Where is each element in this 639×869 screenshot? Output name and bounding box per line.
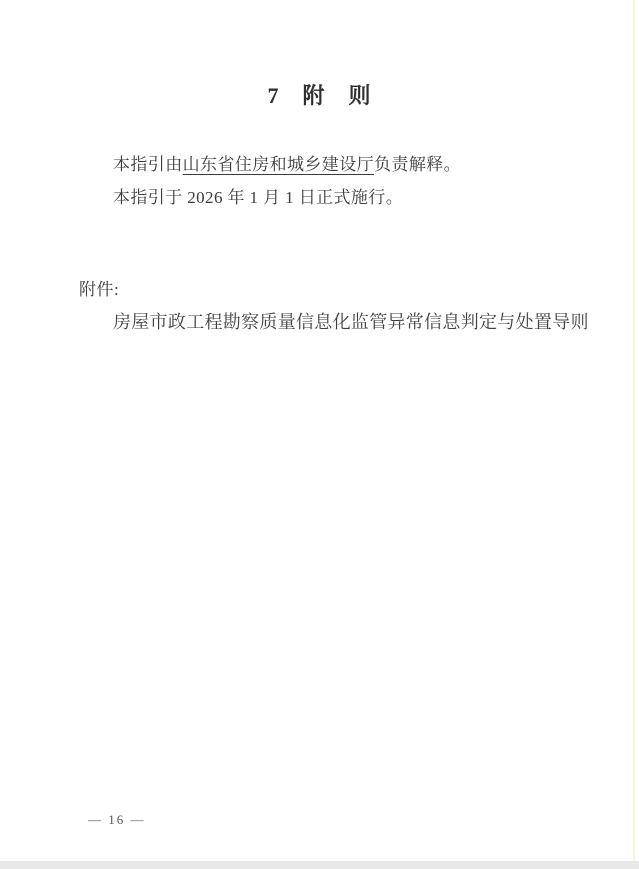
page-edge-scan-line [633,0,635,869]
section-heading: 7 附 则 [0,84,639,108]
document-page: 7 附 则 本指引由山东省住房和城乡建设厅负责解释。 本指引于 2026 年 1… [0,0,639,869]
bottom-edge-strip [0,861,639,869]
page-number: — 16 — [88,812,146,828]
paragraph-effective-date: 本指引于 2026 年 1 月 1 日正式施行。 [113,186,403,210]
paragraph-interpretation-prefix: 本指引由 [113,155,183,174]
paragraph-interpretation: 本指引由山东省住房和城乡建设厅负责解释。 [113,153,461,177]
underlined-agency-name: 山东省住房和城乡建设厅 [183,155,374,174]
attachment-label: 附件: [79,275,119,300]
attachment-title: 房屋市政工程勘察质量信息化监管异常信息判定与处置导则 [113,308,589,334]
paragraph-interpretation-suffix: 负责解释。 [374,155,461,174]
